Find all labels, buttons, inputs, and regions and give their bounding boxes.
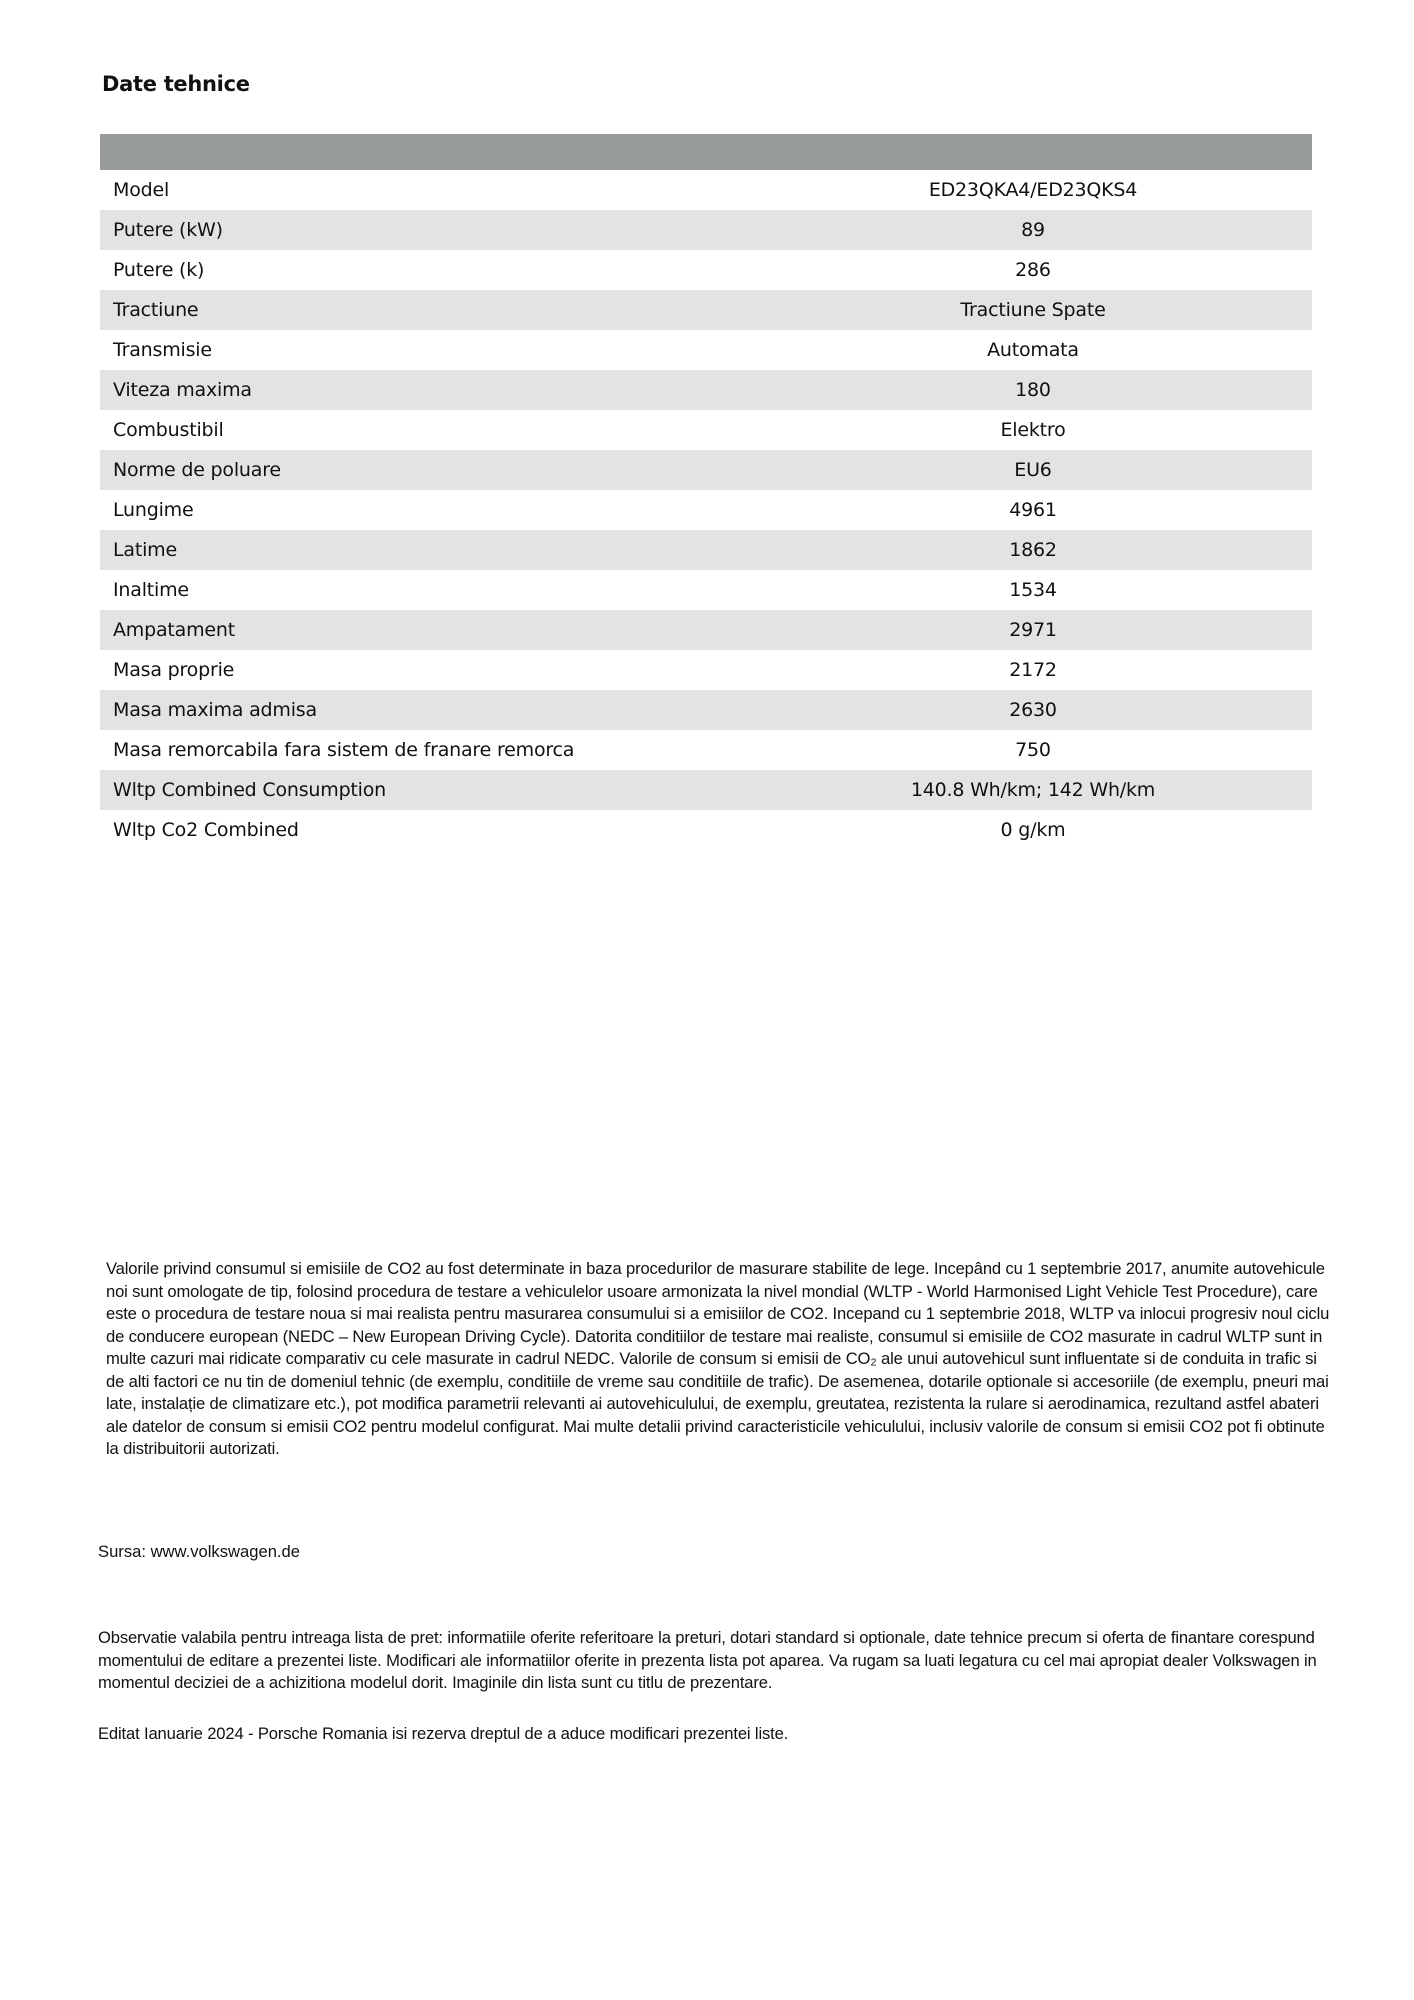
table-row: Putere (k)286 (100, 250, 1312, 290)
table-row: Masa remorcabila fara sistem de franare … (100, 730, 1312, 770)
spec-table: ModelED23QKA4/ED23QKS4Putere (kW)89Puter… (100, 134, 1312, 850)
spec-label: Masa proprie (100, 659, 780, 681)
spec-label: Putere (kW) (100, 219, 780, 241)
spec-value: 2172 (780, 659, 1312, 681)
spec-rows: ModelED23QKA4/ED23QKS4Putere (kW)89Puter… (100, 170, 1312, 850)
table-row: Inaltime1534 (100, 570, 1312, 610)
spec-label: Masa maxima admisa (100, 699, 780, 721)
table-row: ModelED23QKA4/ED23QKS4 (100, 170, 1312, 210)
spec-label: Putere (k) (100, 259, 780, 281)
table-row: TractiuneTractiune Spate (100, 290, 1312, 330)
spec-value: Tractiune Spate (780, 299, 1312, 321)
table-row: TransmisieAutomata (100, 330, 1312, 370)
table-row: CombustibilElektro (100, 410, 1312, 450)
spec-label: Tractiune (100, 299, 780, 321)
spec-label: Viteza maxima (100, 379, 780, 401)
table-header-bar (100, 134, 1312, 170)
spec-label: Model (100, 179, 780, 201)
spec-value: 750 (780, 739, 1312, 761)
table-row: Ampatament2971 (100, 610, 1312, 650)
spec-value: 0 g/km (780, 819, 1312, 841)
spec-value: 1534 (780, 579, 1312, 601)
spec-label: Inaltime (100, 579, 780, 601)
table-row: Latime1862 (100, 530, 1312, 570)
source-note: Sursa: www.volkswagen.de (98, 1542, 300, 1562)
spec-label: Latime (100, 539, 780, 561)
spec-label: Wltp Combined Consumption (100, 779, 780, 801)
table-row: Wltp Co2 Combined0 g/km (100, 810, 1312, 850)
spec-value: ED23QKA4/ED23QKS4 (780, 179, 1312, 201)
spec-label: Transmisie (100, 339, 780, 361)
table-row: Masa proprie2172 (100, 650, 1312, 690)
edited-note: Editat Ianuarie 2024 - Porsche Romania i… (98, 1724, 788, 1744)
spec-value: 140.8 Wh/km; 142 Wh/km (780, 779, 1312, 801)
spec-value: 286 (780, 259, 1312, 281)
spec-value: Elektro (780, 419, 1312, 441)
spec-label: Masa remorcabila fara sistem de franare … (100, 739, 780, 761)
spec-value: 2630 (780, 699, 1312, 721)
table-row: Putere (kW)89 (100, 210, 1312, 250)
spec-label: Combustibil (100, 419, 780, 441)
page-title: Date tehnice (102, 72, 250, 96)
spec-value: EU6 (780, 459, 1312, 481)
table-row: Viteza maxima180 (100, 370, 1312, 410)
table-row: Masa maxima admisa2630 (100, 690, 1312, 730)
spec-label: Lungime (100, 499, 780, 521)
table-row: Lungime4961 (100, 490, 1312, 530)
table-row: Wltp Combined Consumption140.8 Wh/km; 14… (100, 770, 1312, 810)
spec-value: Automata (780, 339, 1312, 361)
table-row: Norme de poluareEU6 (100, 450, 1312, 490)
spec-label: Norme de poluare (100, 459, 780, 481)
consumption-disclaimer: Valorile privind consumul si emisiile de… (106, 1258, 1336, 1461)
spec-value: 2971 (780, 619, 1312, 641)
spec-value: 1862 (780, 539, 1312, 561)
spec-label: Wltp Co2 Combined (100, 819, 780, 841)
spec-value: 89 (780, 219, 1312, 241)
spec-value: 4961 (780, 499, 1312, 521)
spec-label: Ampatament (100, 619, 780, 641)
price-list-note: Observatie valabila pentru intreaga list… (98, 1627, 1348, 1695)
spec-value: 180 (780, 379, 1312, 401)
